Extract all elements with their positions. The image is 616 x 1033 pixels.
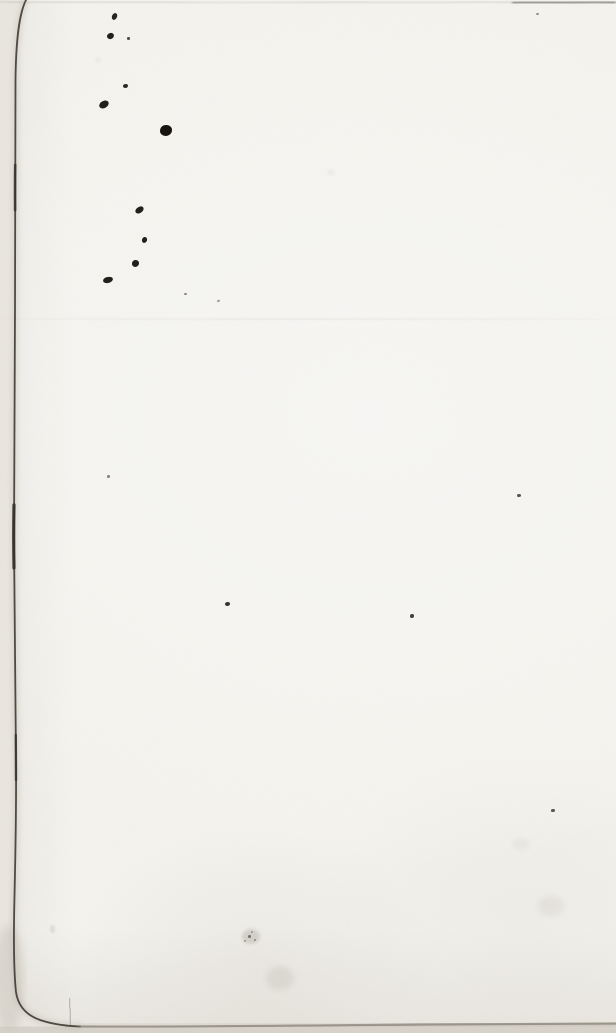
scanned-book-page (0, 0, 616, 1033)
scan-edge-artwork (0, 0, 616, 1033)
paper-grain-texture (0, 0, 616, 1033)
top-right-edge-smudge (512, 2, 616, 3)
